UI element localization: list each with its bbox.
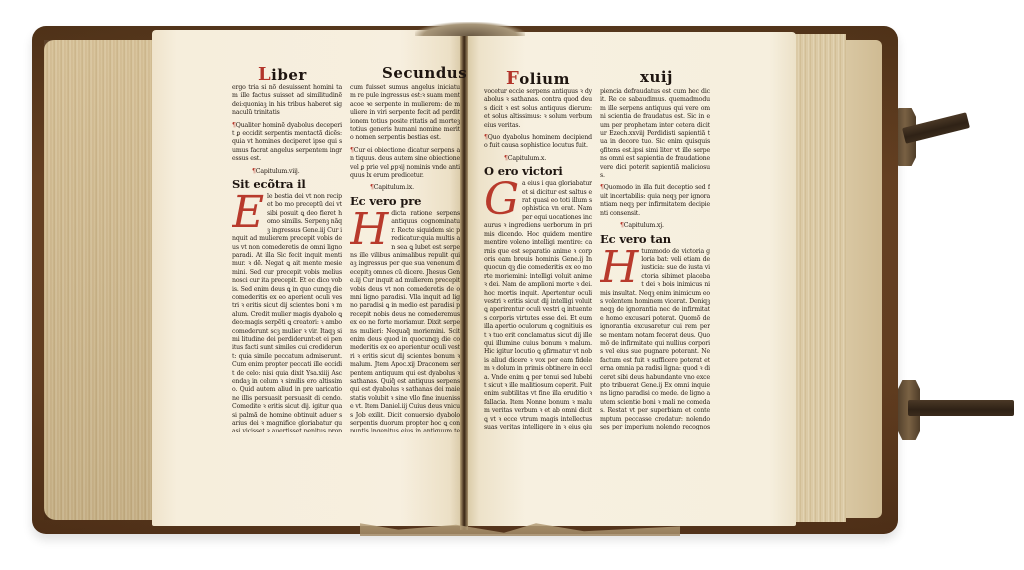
left-page-block-edge xyxy=(44,40,156,520)
chapter-heading: Ec vero pre xyxy=(350,195,460,208)
paragraph-text: Qualiter hominẽ dyabolus deceperit ꝑ ecc… xyxy=(232,122,342,163)
right-endpaper xyxy=(846,40,882,518)
running-head-text: Secundus xyxy=(382,64,467,82)
spine-top xyxy=(415,22,525,36)
running-head-liber: LLiberiber xyxy=(258,64,307,85)
paragraph-text: Quo dyabolus hominem decipiendo fuit cau… xyxy=(484,134,592,149)
chapter-label-text: Capitulum.viij. xyxy=(256,168,300,175)
paragraph: ¶Quomodo in illa fuit deceptio sed fuit … xyxy=(600,184,710,218)
running-head-folium: FoliumFolium xyxy=(506,68,570,89)
rubricated-initial: G xyxy=(484,180,519,220)
paragraph: ¶Cur ei obiectione dicatur serpens an ti… xyxy=(350,147,460,181)
rubricated-initial: H xyxy=(600,248,638,288)
chapter-label-text: Capitulum.ix. xyxy=(374,184,414,191)
paragraph-text: Quomodo in illa fuit deceptio sed fuit i… xyxy=(600,184,710,216)
folio-number: xuij xyxy=(640,68,673,86)
paragraph: ¶Quo dyabolus hominem decipiendo fuit ca… xyxy=(484,134,592,151)
running-head-secundus: Secundus xyxy=(382,64,467,82)
running-head-folio-number: xuij xyxy=(640,68,673,86)
chapter-heading: Sit ecõtra il xyxy=(232,178,342,191)
book-photograph: LLiberiber Secundus ergo tria si nõ desu… xyxy=(0,0,1024,570)
paragraph: ergo tria si nõ desuissent homini tam il… xyxy=(232,84,342,118)
paragraph: ¶Qualiter hominẽ dyabolus deceperit ꝑ ec… xyxy=(232,122,342,164)
right-page-column-2: piencia defraudatus est cum hec dicit. R… xyxy=(600,88,710,430)
left-page-column-1: ergo tria si nõ desuissent homini tam il… xyxy=(232,84,342,432)
clasp-strap xyxy=(908,400,1014,416)
right-page-block-edge xyxy=(792,34,846,522)
chapter-heading: O ero victori xyxy=(484,165,592,178)
chapter-label: ¶Capitulum.x. xyxy=(484,155,592,163)
chapter-label: ¶Capitulum.ix. xyxy=(350,184,460,192)
book-gutter xyxy=(460,30,468,530)
chapter-label-text: Capitulum.x. xyxy=(508,155,546,162)
running-head-rest: iber xyxy=(271,66,307,84)
running-head-rest: olium xyxy=(519,70,570,88)
left-page-column-2: cum fuisset sumus angelus iniciatum re p… xyxy=(350,84,460,432)
rubricated-initial: E xyxy=(232,193,264,233)
chapter-label: ¶Capitulum.viij. xyxy=(232,168,342,176)
paragraph: cum fuisset sumus angelus iniciatum re p… xyxy=(350,84,460,143)
paragraph: piencia defraudatus est cum hec dicit. R… xyxy=(600,88,710,180)
chapter-heading: Ec vero tan xyxy=(600,233,710,246)
paragraph-text: Cur ei obiectione dicatur serpens an tiq… xyxy=(350,147,460,179)
chapter-label-text: Capitulum.xj. xyxy=(624,222,664,229)
paragraph: vocetur eccie serpens antiquus ꝛ dyabolu… xyxy=(484,88,592,130)
rubricated-initial: H xyxy=(350,210,388,250)
chapter-label: ¶Capitulum.xj. xyxy=(600,222,710,230)
right-page-column-1: vocetur eccie serpens antiquus ꝛ dyabolu… xyxy=(484,88,592,430)
